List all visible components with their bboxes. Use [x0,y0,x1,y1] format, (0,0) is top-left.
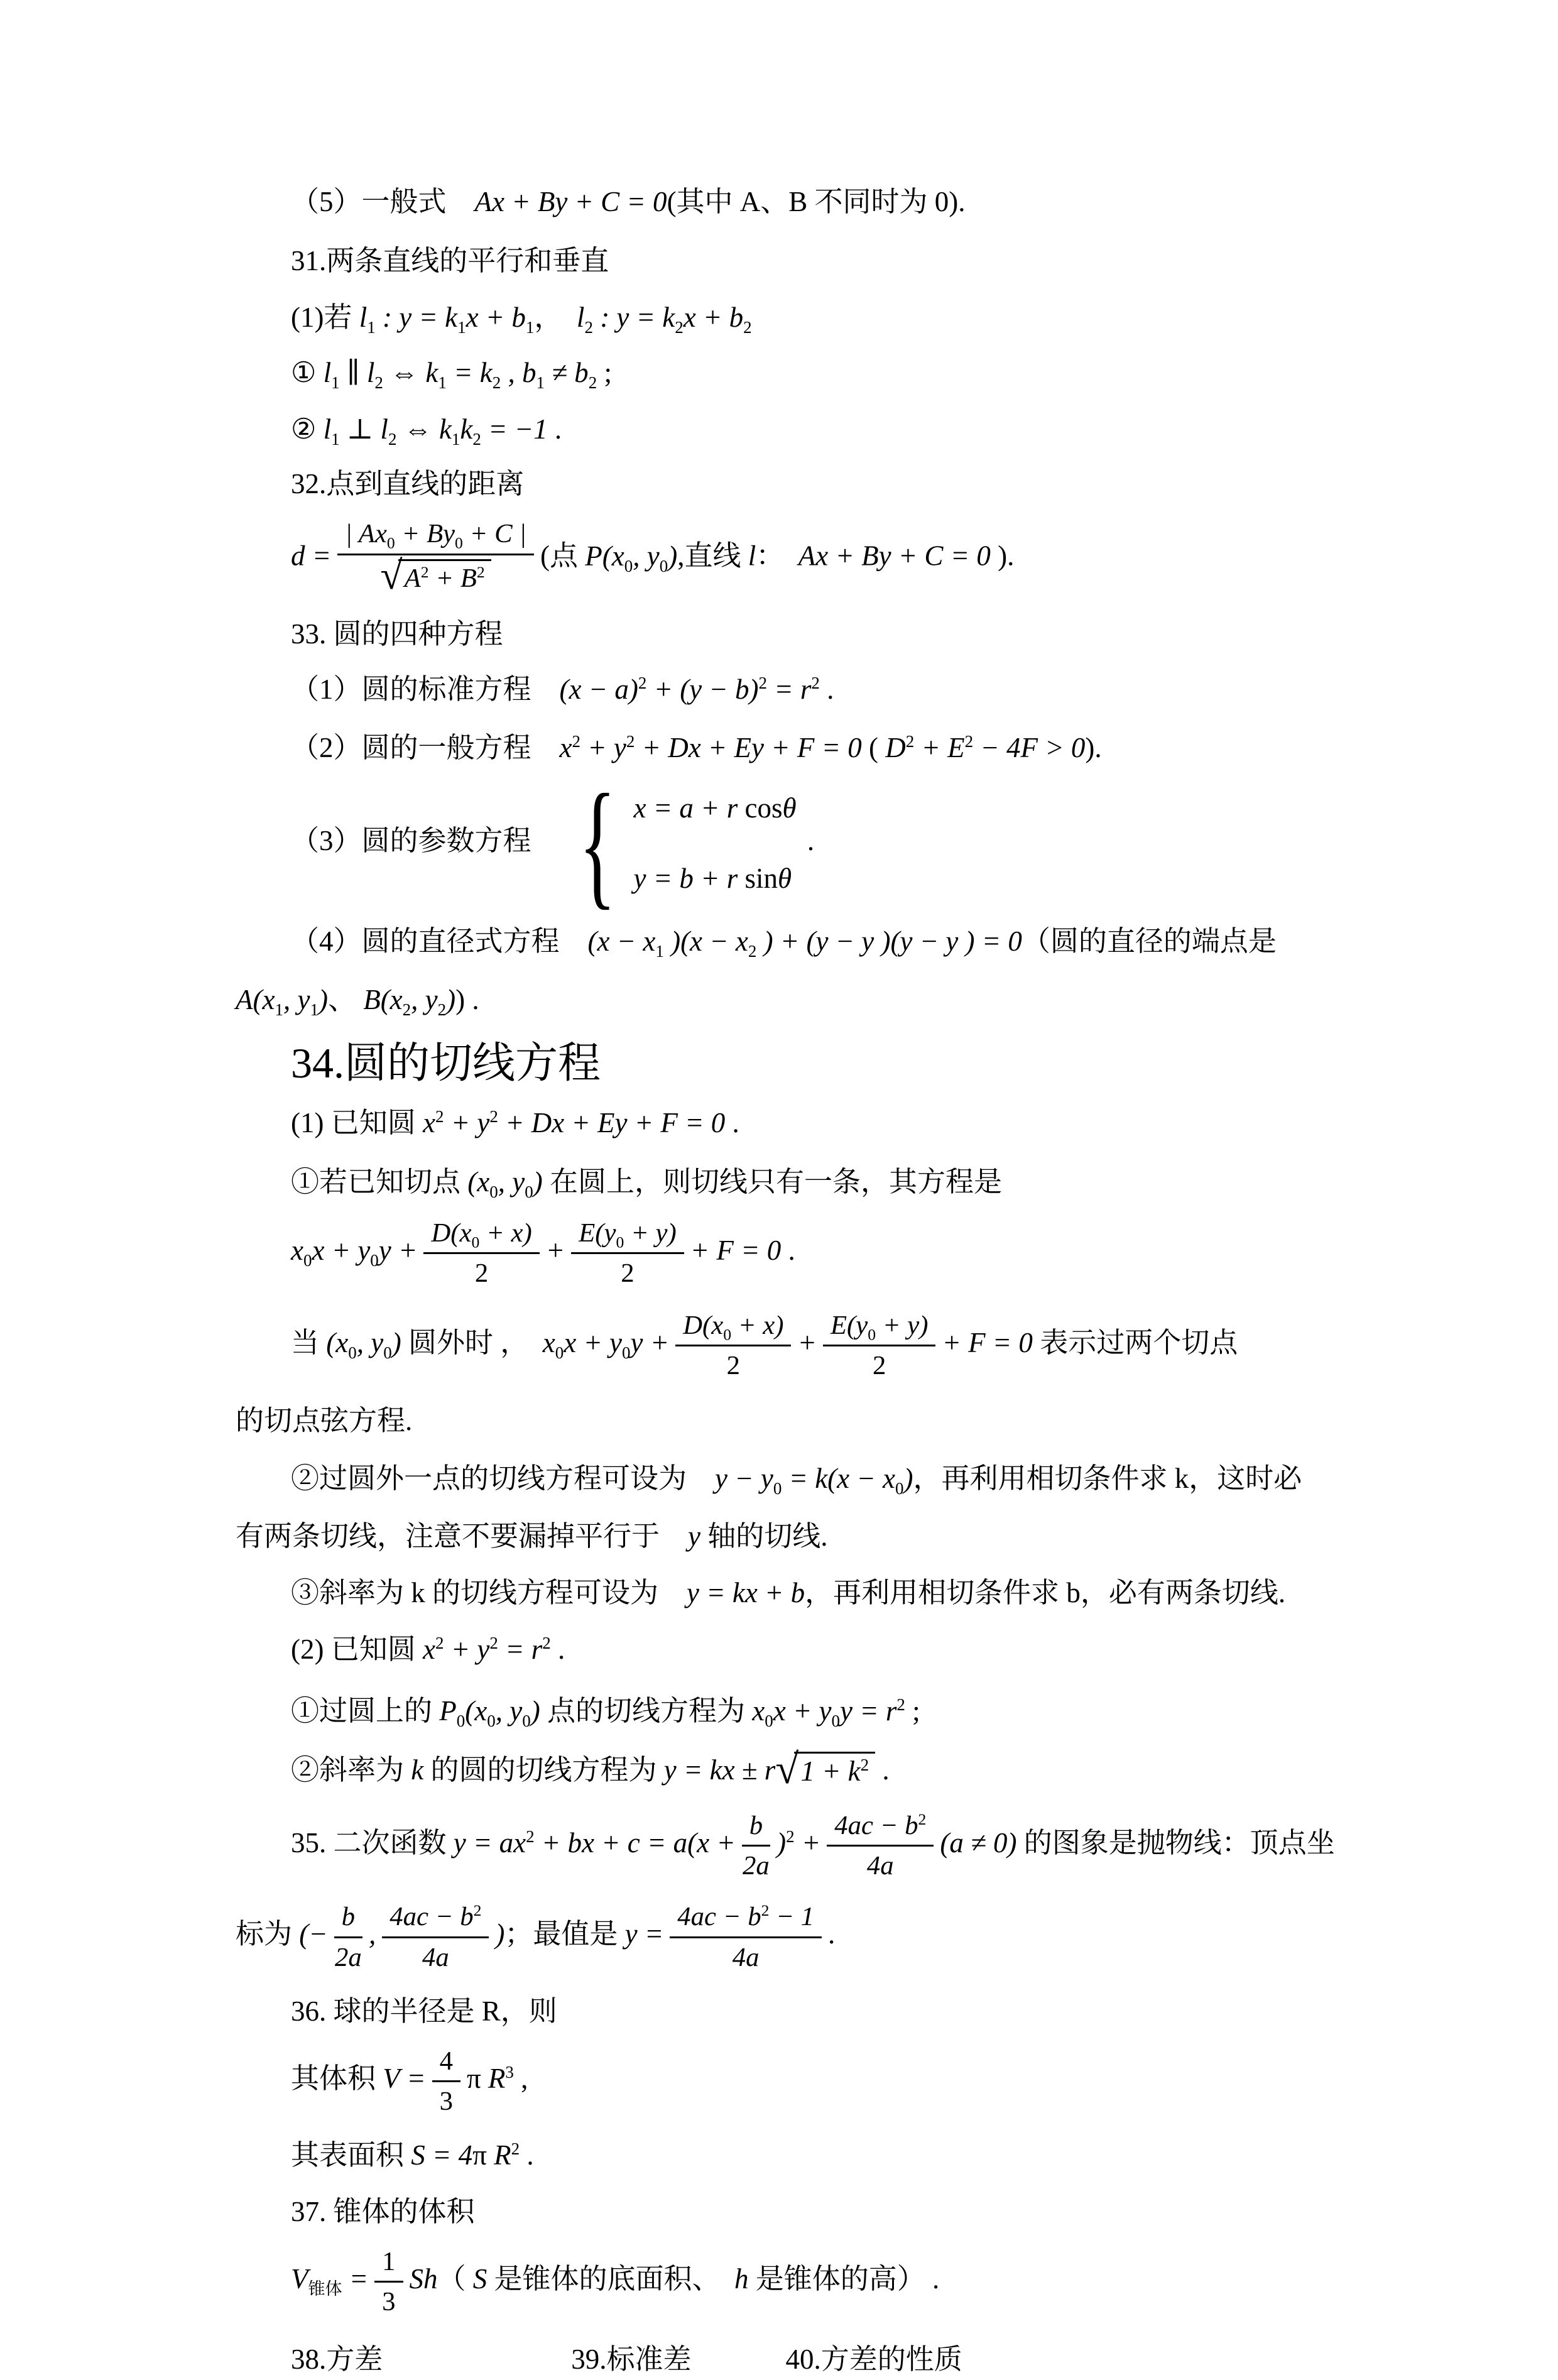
heading-31-parallel-perpendicular: 31.两条直线的平行和垂直 [236,241,1373,281]
line-circle-parametric: （3）圆的参数方程 {x = a + r cosθy = b + r sinθ … [236,781,1373,906]
line-known-circle-r: (2) 已知圆 x2 + y2 = r2 . [236,1630,1373,1670]
item-39-stddev: 39.标准差 [571,2340,691,2380]
heading-34-tangent-equations: 34.圆的切线方程 [236,1038,1373,1089]
bullet-tangent-on-circle-r: ①过圆上的 P0(x0, y0) 点的切线方程为 x0x + y0y = r2 … [236,1691,1373,1732]
line-circle-general: （2）圆的一般方程 x2 + y2 + Dx + Ey + F = 0 ( D2… [236,728,1373,768]
line-general-form: （5）一般式 Ax + By + C = 0(其中 A、B 不同时为 0). [236,182,1373,222]
line-chord-equation-cont: 的切点弦方程. [236,1401,1373,1441]
row-38-39-40: 38.方差 39.标准差 40.方差的性质 [236,2340,1373,2380]
line-circle-standard: （1）圆的标准方程 (x − a)2 + (y − b)2 = r2 . [236,670,1373,710]
heading-37-cone-volume: 37. 锥体的体积 [236,2192,1373,2232]
bullet-tangent-point-on-circle: ①若已知切点 (x0, y0) 在圆上，则切线只有一条，其方程是 [236,1162,1373,1203]
bullet-parallel-condition: ① l1 ∥ l2 ⇔ k1 = k2 , b1 ≠ b2 ; [236,353,1373,393]
bullet-tangent-outside-point: ②过圆外一点的切线方程可设为 y − y0 = k(x − x0)，再利用相切条… [236,1459,1373,1499]
formula-cone-volume: V锥体 =13Sh（ S 是锥体的底面积、 h 是锥体的高） . [236,2242,1373,2321]
line-circle-diameter: （4）圆的直径式方程 (x − x1 )(x − x2 ) + (y − y )… [236,922,1373,962]
heading-33-circle-equations: 33. 圆的四种方程 [236,614,1373,655]
bullet-perpendicular-condition: ② l1 ⊥ l2 ⇔ k1k2 = −1 . [236,410,1373,450]
formula-distance: d =| Ax0 + By0 + C |√A2 + B2(点 P(x0, y0)… [236,515,1373,603]
line-known-circle-general: (1) 已知圆 x2 + y2 + Dx + Ey + F = 0 . [236,1103,1373,1144]
line-quadratic-vertex-cont: 标为 (−b2a,4ac − b24a)；最值是 y =4ac − b2 − 1… [236,1897,1373,1976]
formula-sphere-volume: 其体积 V =43π R3 , [236,2042,1373,2121]
bullet-slope-circle-tangent: ②斜率为 k 的圆的切线方程为 y = kx ± r√1 + k2 . [236,1750,1373,1794]
formula-tangent-line: x0x + y0y +D(x0 + x)2+E(y0 + y)2+ F = 0 … [236,1214,1373,1292]
heading-36-sphere: 36. 球的半径是 R，则 [236,1992,1373,2032]
item-40-variance-properties: 40.方差的性质 [786,2340,962,2380]
heading-32-point-line-distance: 32.点到直线的距离 [236,464,1373,505]
item-38-variance: 38.方差 [291,2340,383,2380]
formula-sphere-surface: 其表面积 S = 4π R2 . [236,2136,1373,2176]
line-quadratic-function: 35. 二次函数 y = ax2 + bx + c = a(x +b2a)2 +… [236,1806,1373,1885]
document-page: （5）一般式 Ax + By + C = 0(其中 A、B 不同时为 0). 3… [236,182,1373,2380]
line-point-outside-circle: 当 (x0, y0) 圆外时 ， x0x + y0y +D(x0 + x)2+E… [236,1306,1373,1385]
bullet-slope-tangent: ③斜率为 k 的切线方程可设为 y = kx + b，再利用相切条件求 b，必有… [236,1573,1373,1613]
line-circle-diameter-endpoints: A(x1, y1)、 B(x2, y2)) . [236,980,1373,1020]
line-two-tangents-cont: 有两条切线，注意不要漏掉平行于 y 轴的切线. [236,1517,1373,1557]
line-31-two-lines: (1)若 l1 : y = k1x + b1， l2 : y = k2x + b… [236,298,1373,338]
